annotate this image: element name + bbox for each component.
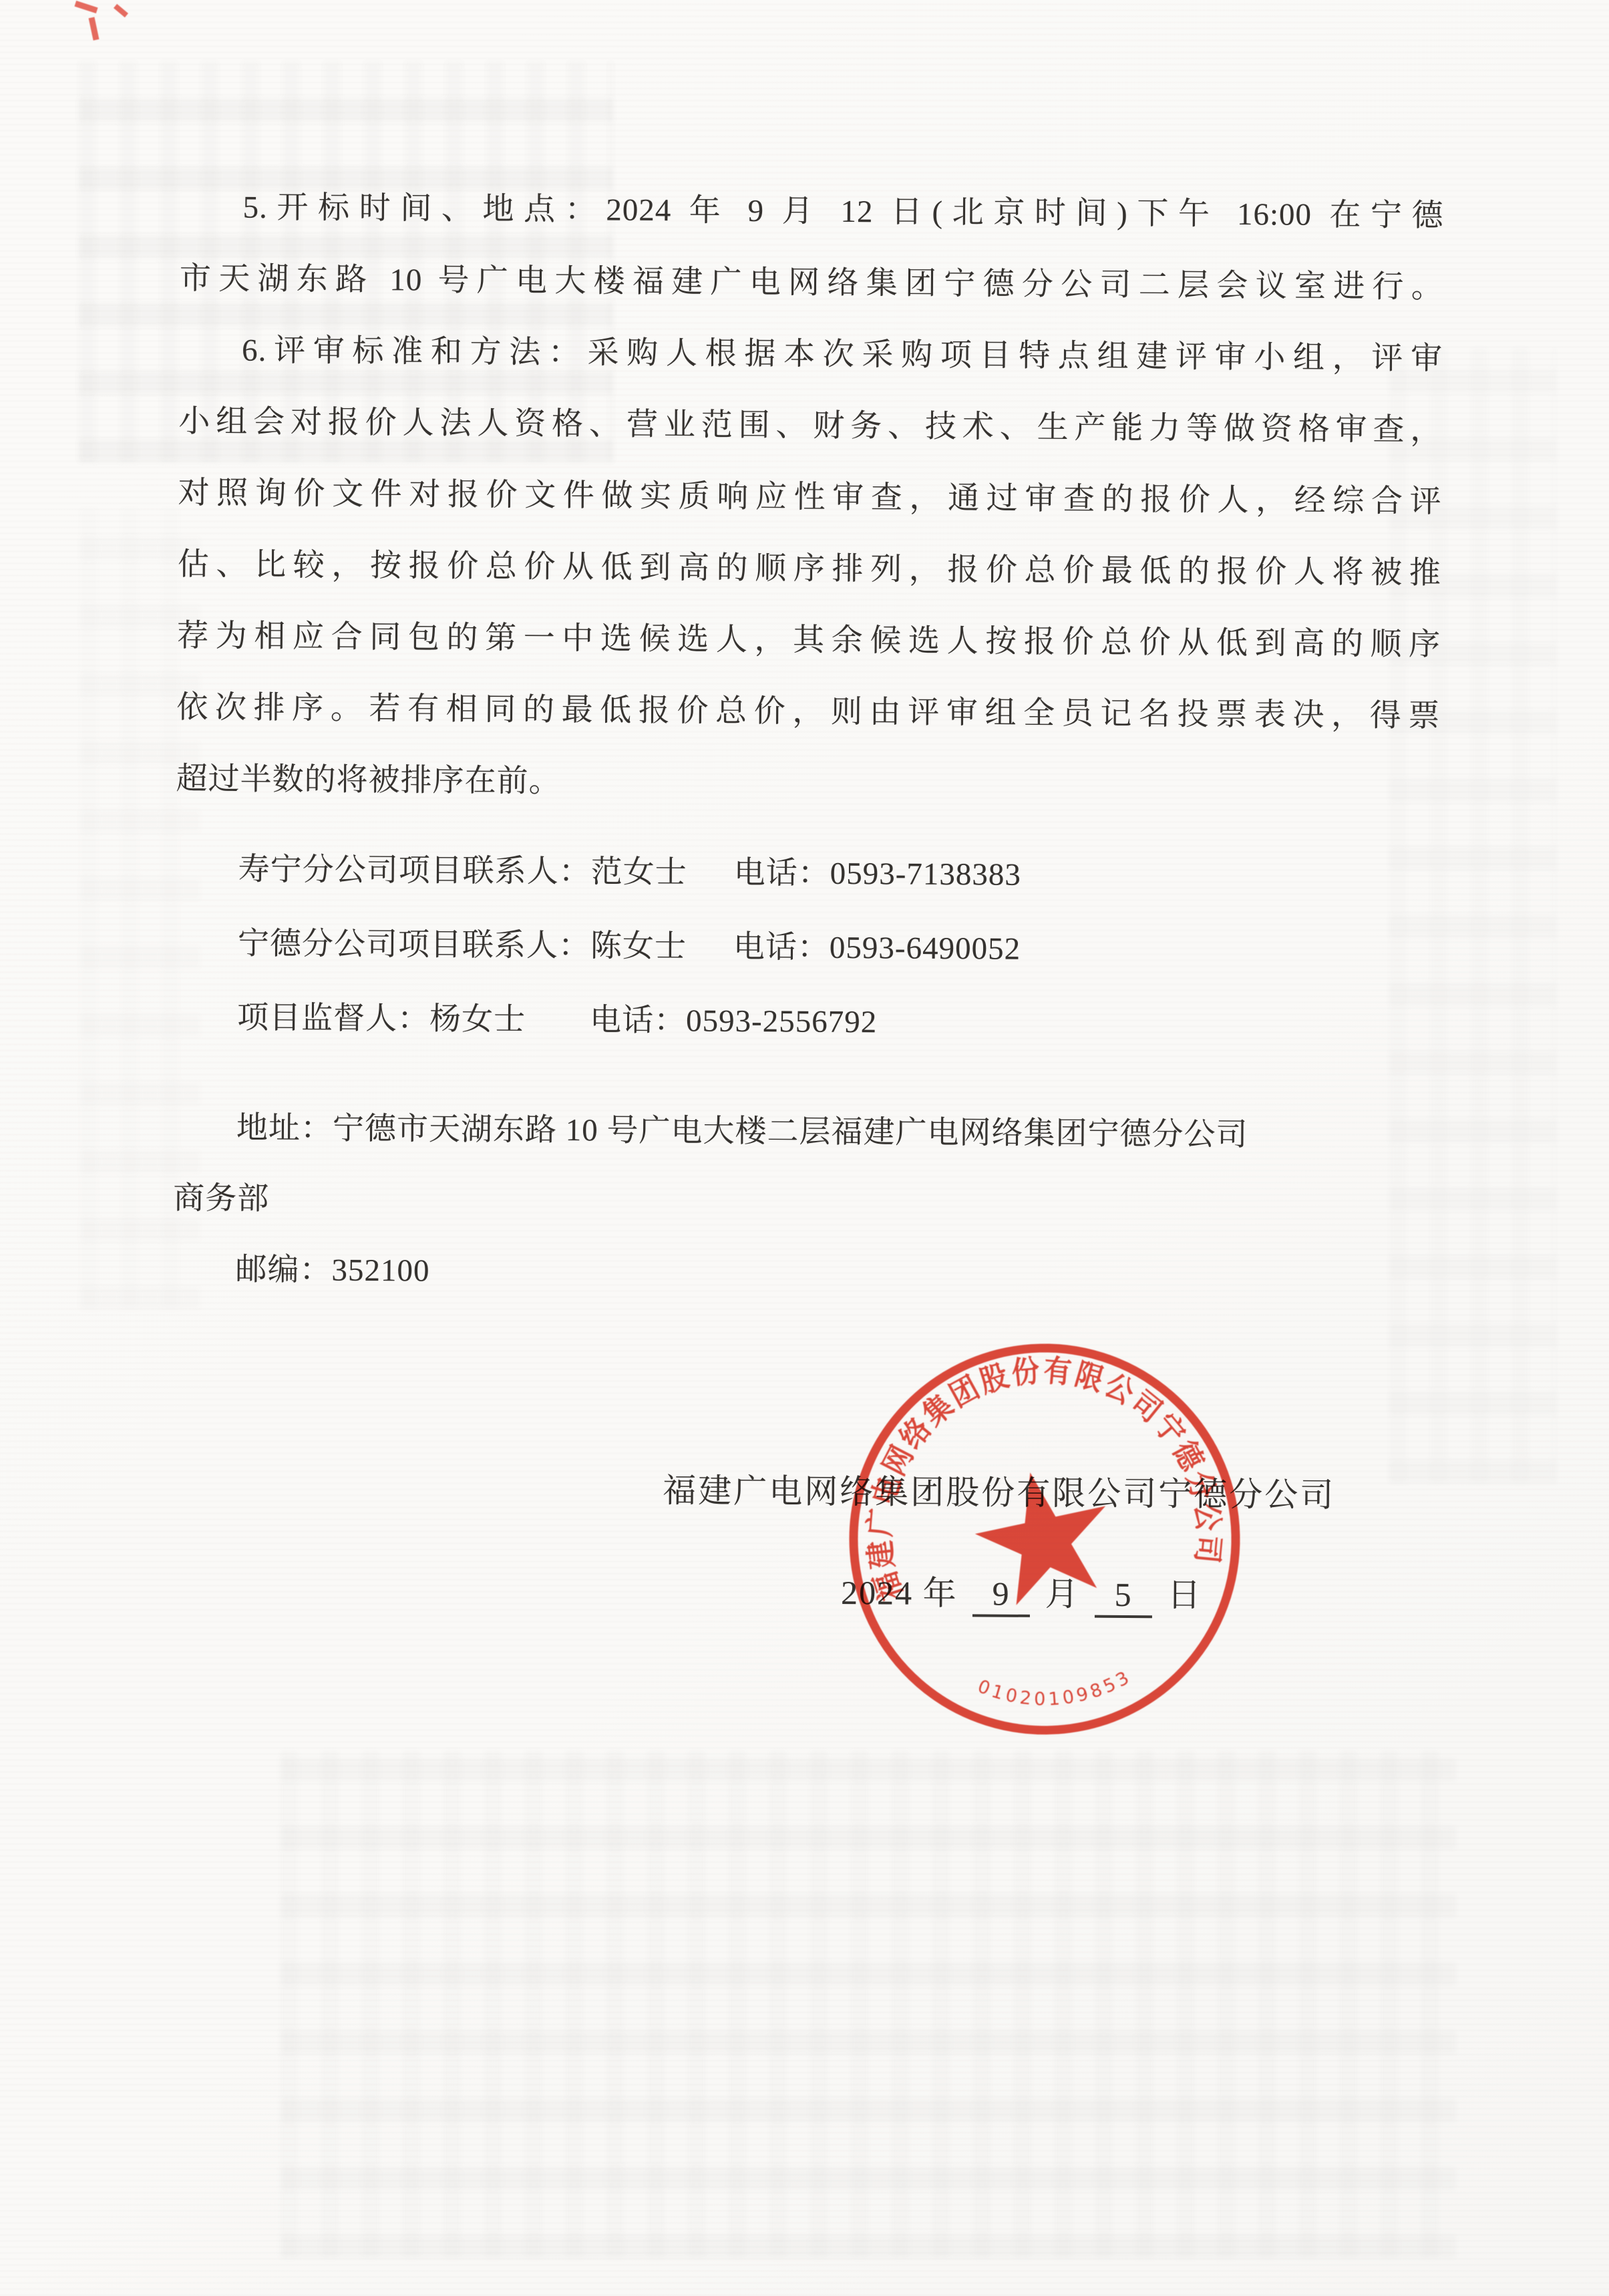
address-line: 商务部 <box>173 1163 1437 1243</box>
red-ink-artifact <box>74 1 98 13</box>
red-ink-artifact <box>114 4 128 17</box>
body-line: 小组会对报价人法人资格、营业范围、财务、技术、生产能力等做资格审查， <box>178 386 1443 466</box>
body-line: 对照询价文件对报价文件做实质响应性审查，通过审查的报价人，经综合评 <box>178 458 1442 538</box>
postal-code-line: 邮编：352100 <box>172 1234 1437 1313</box>
red-ink-artifact <box>89 17 100 40</box>
contact-list: 寿宁分公司项目联系人：范女士电话：0593-7138383 宁德分公司项目联系人… <box>174 832 1439 1063</box>
body-line: 6.评审标准和方法：采购人根据本次采购项目特点组建评审小组，评审 <box>179 315 1443 395</box>
body-line: 超过半数的将被排序在前。 <box>176 744 1440 824</box>
body-paragraphs: 5.开标时间、地点：2024 年 9 月 12 日(北京时间)下午 16:00 … <box>176 172 1444 824</box>
body-line: 荐为相应合同包的第一中选候选人，其余候选人按报价总价从低到高的顺序 <box>177 601 1441 681</box>
bleed-through-artifact <box>281 1750 1456 2258</box>
seal-serial-number: 01020109853 <box>974 1665 1137 1715</box>
contact-phone: 电话：0593-6490052 <box>733 930 1021 967</box>
body-line: 5.开标时间、地点：2024 年 9 月 12 日(北京时间)下午 16:00 … <box>180 172 1444 252</box>
contact-phone: 电话：0593-7138383 <box>734 856 1022 892</box>
address-line: 地址：宁德市天湖东路 10 号广电大楼二层福建广电网络集团宁德分公司 <box>174 1092 1438 1172</box>
address-block: 地址：宁德市天湖东路 10 号广电大楼二层福建广电网络集团宁德分公司 商务部 邮… <box>172 1092 1437 1313</box>
contact-row: 项目监督人：杨女士电话：0593-2556792 <box>174 981 1439 1063</box>
seal-star-icon <box>965 1459 1122 1611</box>
body-line: 估、比较，按报价总价从低到高的顺序排列，报价总价最低的报价人将被推 <box>178 529 1442 609</box>
contact-row: 宁德分公司项目联系人：陈女士电话：0593-6490052 <box>175 907 1439 989</box>
scanned-document-page: 5.开标时间、地点：2024 年 9 月 12 日(北京时间)下午 16:00 … <box>0 0 1609 2296</box>
body-line: 市天湖东路 10 号广电大楼福建广电网络集团宁德分公司二层会议室进行。 <box>180 243 1444 323</box>
body-line: 依次排序。若有相同的最低报价总价，则由评审组全员记名投票表决，得票 <box>176 672 1441 752</box>
contact-label: 寿宁分公司项目联系人：范女士 <box>238 852 687 890</box>
company-seal-stamp: 福建广电网络集团股份有限公司宁德分公司 01020109853 <box>815 1309 1274 1768</box>
contact-phone: 电话：0593-2556792 <box>590 1003 878 1039</box>
contact-row: 寿宁分公司项目联系人：范女士电话：0593-7138383 <box>175 832 1439 915</box>
contact-label: 宁德分公司项目联系人：陈女士 <box>238 927 687 965</box>
document-content: 5.开标时间、地点：2024 年 9 月 12 日(北京时间)下午 16:00 … <box>170 172 1444 1620</box>
contact-label: 项目监督人：杨女士 <box>237 1001 526 1037</box>
